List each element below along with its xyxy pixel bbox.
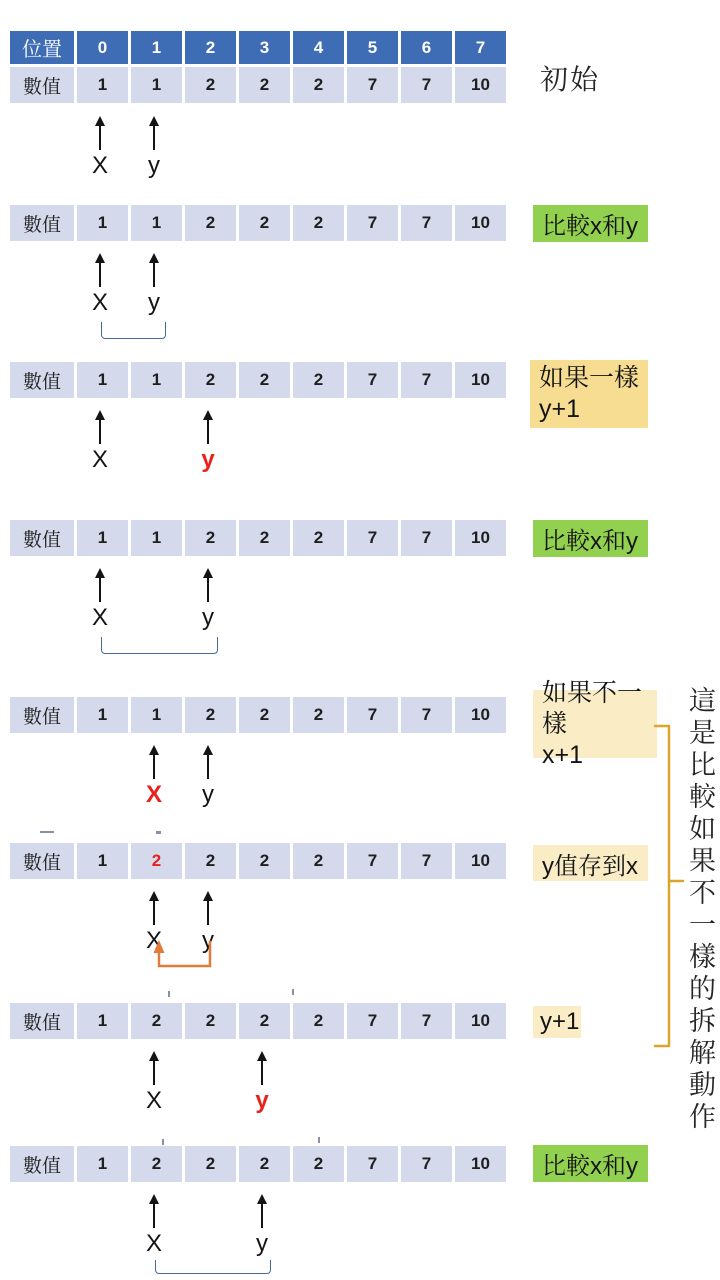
- value-cell: 2: [239, 697, 290, 733]
- pointer-x-arrow-icon: [148, 745, 160, 779]
- pointer-x-arrow-icon: [94, 410, 106, 444]
- pointer-y-label: y: [139, 152, 169, 180]
- pointer-y-label: y: [193, 446, 223, 474]
- grouping-brace-icon: [655, 726, 683, 1046]
- pointer-y-arrow-icon: [202, 891, 214, 925]
- value-cell: 1: [131, 362, 182, 398]
- value-cell: 2: [293, 697, 344, 733]
- compare-bracket: [101, 637, 218, 654]
- step-label-line: 如果不一樣: [542, 678, 648, 740]
- value-cell: 7: [401, 362, 452, 398]
- position-cell: 4: [293, 31, 344, 64]
- value-cell: 7: [401, 520, 452, 556]
- value-row-compare-3: 數值 1 2 2 2 2 7 7 10: [10, 1146, 506, 1182]
- value-cell: 1: [131, 697, 182, 733]
- value-cell: 7: [347, 1003, 398, 1039]
- value-cell: 2: [239, 67, 290, 103]
- pointer-y-label: y: [247, 1230, 277, 1258]
- compare-bracket: [155, 1260, 271, 1274]
- pointer-y-label: y: [247, 1087, 277, 1115]
- value-cell: 2: [131, 1146, 182, 1182]
- position-cell: 1: [131, 31, 182, 64]
- pointer-x-arrow-icon: [94, 116, 106, 150]
- pointer-x-label: X: [85, 289, 115, 317]
- value-label-cell: 數值: [10, 1003, 74, 1039]
- pointer-x-label: X: [85, 446, 115, 474]
- value-cell: 7: [401, 843, 452, 879]
- pointer-y-label: y: [193, 927, 223, 955]
- pointer-y-arrow-icon: [256, 1194, 268, 1228]
- value-label-cell: 數值: [10, 843, 74, 879]
- value-row-if-not-equal: 數值 1 1 2 2 2 7 7 10: [10, 697, 506, 733]
- value-cell: 10: [455, 697, 506, 733]
- value-cell: 1: [131, 520, 182, 556]
- value-cell: 7: [347, 697, 398, 733]
- pointer-x-arrow-icon: [94, 568, 106, 602]
- value-row-compare-2: 數值 1 1 2 2 2 7 7 10: [10, 520, 506, 556]
- value-label-cell: 數值: [10, 205, 74, 241]
- pointer-y-arrow-icon: [202, 410, 214, 444]
- step-label-y-plus-1: y+1: [533, 1006, 581, 1038]
- value-cell: 10: [455, 205, 506, 241]
- value-cell: 2: [185, 697, 236, 733]
- pointer-y-label: y: [193, 781, 223, 809]
- pointer-y-label: y: [193, 604, 223, 632]
- value-row-initial: 數值 1 1 2 2 2 7 7 10: [10, 67, 506, 103]
- value-row-store: 數值 1 2 2 2 2 7 7 10: [10, 843, 506, 879]
- value-cell: 2: [185, 205, 236, 241]
- value-cell: 1: [77, 520, 128, 556]
- position-cell: 2: [185, 31, 236, 64]
- compare-bracket: [101, 322, 166, 339]
- value-cell: 1: [77, 843, 128, 879]
- value-cell: 2: [185, 520, 236, 556]
- value-cell: 2: [239, 1146, 290, 1182]
- artifact-mark: [162, 1139, 164, 1145]
- position-cell: 0: [77, 31, 128, 64]
- value-cell: 10: [455, 1146, 506, 1182]
- value-cell: 1: [131, 67, 182, 103]
- value-cell: 2: [293, 67, 344, 103]
- value-cell: 2: [185, 1003, 236, 1039]
- value-cell: 2: [293, 1146, 344, 1182]
- value-label-cell: 數值: [10, 697, 74, 733]
- value-cell: 7: [401, 67, 452, 103]
- value-cell: 10: [455, 520, 506, 556]
- value-cell: 7: [347, 520, 398, 556]
- step-label-if-not-equal: 如果不一樣 x+1: [533, 690, 657, 758]
- value-cell: 2: [185, 843, 236, 879]
- value-cell: 2: [185, 1146, 236, 1182]
- pointer-x-arrow-icon: [148, 1051, 160, 1085]
- value-cell: 2: [293, 362, 344, 398]
- value-cell: 7: [347, 843, 398, 879]
- artifact-mark: [168, 991, 170, 997]
- value-cell: 2: [293, 1003, 344, 1039]
- pointer-x-label: X: [139, 927, 169, 955]
- position-header-row: 位置 0 1 2 3 4 5 6 7: [10, 31, 506, 64]
- value-cell: 2: [293, 843, 344, 879]
- value-cell: 10: [455, 362, 506, 398]
- pointer-y-arrow-icon: [148, 116, 160, 150]
- value-cell: 10: [455, 1003, 506, 1039]
- side-note-vertical-text: 這是比較如果不一樣的拆解動作: [684, 686, 716, 1148]
- value-row-if-equal: 數值 1 1 2 2 2 7 7 10: [10, 362, 506, 398]
- value-row-compare-1: 數值 1 1 2 2 2 7 7 10: [10, 205, 506, 241]
- pointer-x-arrow-icon: [94, 253, 106, 287]
- position-cell: 3: [239, 31, 290, 64]
- algorithm-steps-diagram: 位置 0 1 2 3 4 5 6 7 數值 1 1 2 2 2 7 7 10 X…: [0, 0, 720, 1280]
- pointer-x-label: X: [139, 781, 169, 809]
- artifact-mark: [40, 831, 54, 833]
- step-label-line: y+1: [539, 394, 580, 425]
- value-cell: 2: [239, 1003, 290, 1039]
- value-cell: 2: [239, 362, 290, 398]
- value-cell: 1: [77, 205, 128, 241]
- value-cell: 10: [455, 843, 506, 879]
- step-label-compare-1: 比較x和y: [533, 205, 648, 242]
- value-cell: 2: [131, 1003, 182, 1039]
- value-label-cell: 數值: [10, 362, 74, 398]
- value-label-cell: 數值: [10, 1146, 74, 1182]
- value-cell: 2: [293, 205, 344, 241]
- value-cell: 7: [401, 205, 452, 241]
- value-cell: 7: [401, 1003, 452, 1039]
- value-cell: 1: [77, 1003, 128, 1039]
- step-label-line: x+1: [542, 740, 583, 771]
- value-cell: 7: [347, 205, 398, 241]
- value-cell: 1: [77, 1146, 128, 1182]
- artifact-mark: [318, 1137, 320, 1143]
- position-label-cell: 位置: [10, 31, 74, 64]
- value-cell: 7: [401, 1146, 452, 1182]
- value-cell: 1: [77, 362, 128, 398]
- value-cell: 2: [293, 520, 344, 556]
- value-cell: 2: [239, 205, 290, 241]
- step-label-compare-2: 比較x和y: [533, 520, 648, 557]
- value-cell: 1: [77, 67, 128, 103]
- value-cell: 2: [239, 843, 290, 879]
- step-label-compare-3: 比較x和y: [533, 1145, 648, 1182]
- pointer-y-arrow-icon: [202, 745, 214, 779]
- pointer-y-label: y: [139, 289, 169, 317]
- position-cell: 5: [347, 31, 398, 64]
- value-cell: 7: [347, 1146, 398, 1182]
- value-label-cell: 數值: [10, 520, 74, 556]
- pointer-x-label: X: [85, 152, 115, 180]
- step-label-if-equal: 如果一樣 y+1: [530, 360, 648, 428]
- value-cell: 2: [185, 67, 236, 103]
- position-cell: 6: [401, 31, 452, 64]
- pointer-x-arrow-icon: [148, 891, 160, 925]
- pointer-x-label: X: [85, 604, 115, 632]
- pointer-y-arrow-icon: [256, 1051, 268, 1085]
- value-row-y-plus-1: 數值 1 2 2 2 2 7 7 10: [10, 1003, 506, 1039]
- step-label-line: 如果一樣: [539, 363, 639, 394]
- value-cell: 7: [401, 697, 452, 733]
- position-cell: 7: [455, 31, 506, 64]
- value-cell-updated: 2: [131, 843, 182, 879]
- value-cell: 7: [347, 67, 398, 103]
- value-cell: 1: [131, 205, 182, 241]
- value-cell: 2: [185, 362, 236, 398]
- pointer-x-label: X: [139, 1230, 169, 1258]
- value-cell: 10: [455, 67, 506, 103]
- value-cell: 1: [77, 697, 128, 733]
- value-cell: 7: [347, 362, 398, 398]
- pointer-y-arrow-icon: [202, 568, 214, 602]
- pointer-y-arrow-icon: [148, 253, 160, 287]
- step-label-initial: 初始: [540, 58, 600, 98]
- value-cell: 2: [239, 520, 290, 556]
- step-label-store: y值存到x: [533, 845, 648, 881]
- artifact-mark: [156, 831, 161, 834]
- value-label-cell: 數值: [10, 67, 74, 103]
- pointer-x-arrow-icon: [148, 1194, 160, 1228]
- artifact-mark: [292, 989, 294, 995]
- pointer-x-label: X: [139, 1087, 169, 1115]
